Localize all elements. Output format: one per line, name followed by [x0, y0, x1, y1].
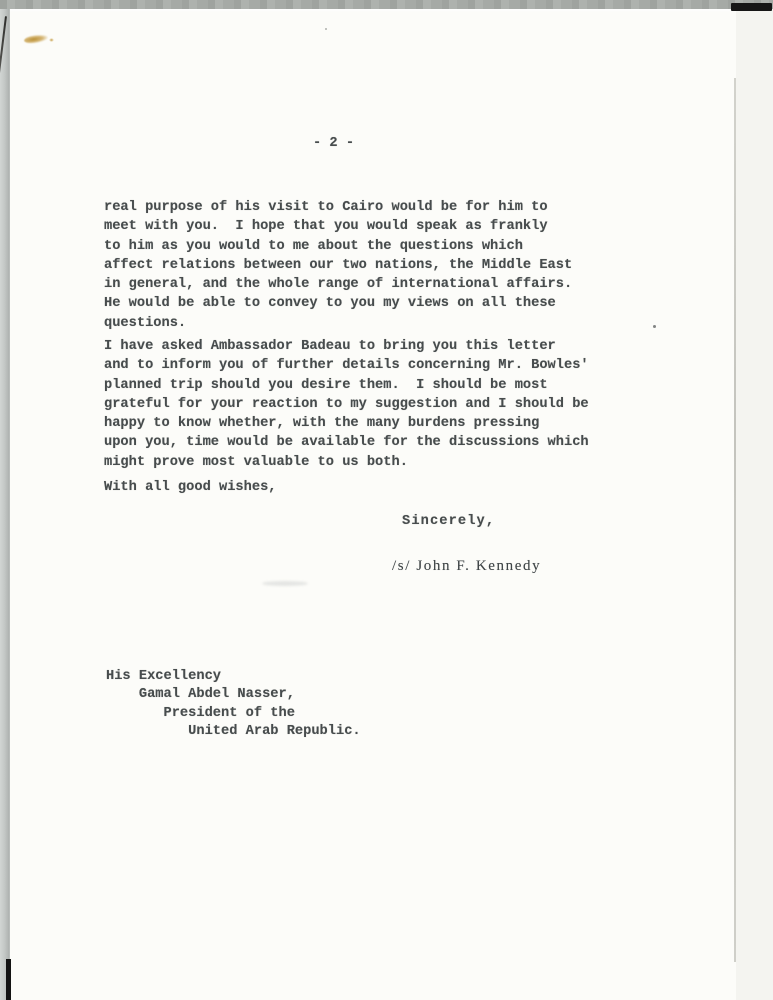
- scanner-left-edge: [0, 9, 10, 1000]
- ink-speck: [653, 325, 656, 328]
- recipient-address: His Excellency Gamal Abdel Nasser, Presi…: [106, 668, 361, 742]
- page-right-edge-line: [734, 78, 736, 962]
- scanned-letter-page: - 2 - real purpose of his visit to Cairo…: [0, 0, 773, 1000]
- dust-speck: [325, 28, 327, 30]
- stain-mark: [24, 33, 49, 44]
- paragraph-1: real purpose of his visit to Cairo would…: [104, 198, 572, 333]
- smudge-mark: [262, 581, 308, 586]
- sign-off: Sincerely,: [402, 512, 495, 531]
- page-number: - 2 -: [313, 134, 354, 153]
- scanner-right-margin: [736, 9, 773, 1000]
- stain-dot: [49, 38, 54, 42]
- scan-artifact-top-right-bar: [731, 3, 772, 11]
- signature-line: /s/ John F. Kennedy: [392, 558, 541, 575]
- scan-artifact-bottom-left-bar: [6, 959, 11, 1000]
- closing-line: With all good wishes,: [104, 478, 277, 497]
- scanner-top-edge: [0, 0, 773, 9]
- scanner-top-edge-highlight: [0, 9, 773, 12]
- paragraph-2: I have asked Ambassador Badeau to bring …: [104, 337, 589, 472]
